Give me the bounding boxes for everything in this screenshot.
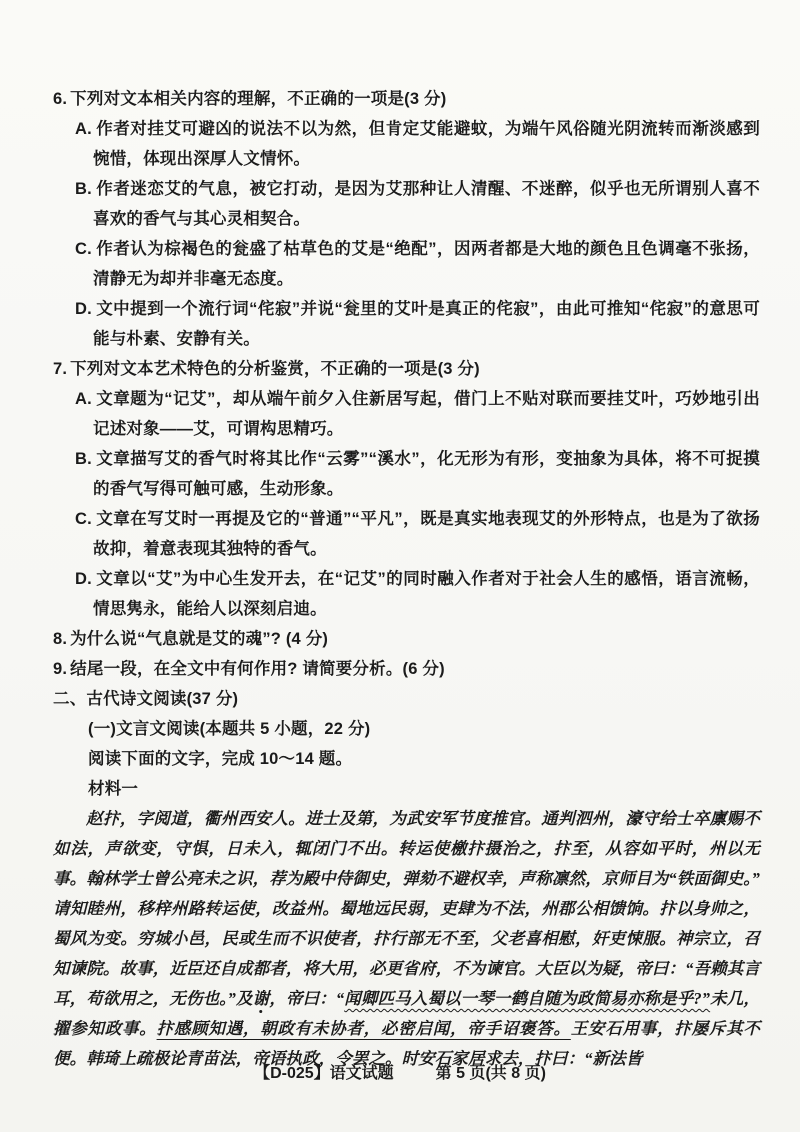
answer-option: A.作者对挂艾可避凶的说法不以为然，但肯定艾能避蚊，为端午风俗随光阴流转而渐淡感… (75, 114, 760, 174)
question-block: 9.结尾一段，在全文中有何作用? 请简要分析。(6 分) (53, 654, 760, 684)
answer-option: C.文章在写艾时一再提及它的“普通”“平凡”，既是真实地表现艾的外形特点，也是为… (75, 504, 760, 564)
exam-paper-page: 6.下列对文本相关内容的理解，不正确的一项是(3 分)A.作者对挂艾可避凶的说法… (0, 0, 800, 1132)
answer-option: B.作者迷恋艾的气息，被它打动，是因为艾那种让人清醒、不迷醉，似乎也无所谓别人喜… (75, 174, 760, 234)
section-heading: 二、古代诗文阅读(37 分) (53, 684, 760, 714)
option-text: 文中提到一个流行词“侘寂”并说“瓮里的艾叶是真正的侘寂”，由此可推知“侘寂”的意… (93, 300, 760, 348)
passage-segment-normal: ，帝曰：“ (269, 989, 344, 1008)
question-number: 9. (53, 660, 67, 678)
option-text: 作者迷恋艾的气息，被它打动，是因为艾那种让人清醒、不迷醉，似乎也无所谓别人喜不喜… (93, 180, 760, 228)
option-text: 作者对挂艾可避凶的说法不以为然，但肯定艾能避蚊，为端午风俗随光阴流转而渐淡感到惋… (93, 120, 760, 168)
option-text: 文章描写艾的香气时将其比作“云雾”“溪水”，化无形为有形，变抽象为具体，将不可捉… (93, 450, 760, 498)
question-block: 8.为什么说“气息就是艾的魂”? (4 分) (53, 624, 760, 654)
option-text: 文章在写艾时一再提及它的“普通”“平凡”，既是真实地表现艾的外形特点，也是为了欲… (93, 510, 760, 558)
answer-option: D.文章以“艾”为中心生发开去，在“记艾”的同时融入作者对于社会人生的感悟，语言… (75, 564, 760, 624)
passage-segment-normal: 赵抃，字阅道，衢州西安人。进士及第，为武安军节度推官。通判泗州，濠守给士卒廪赐不… (53, 809, 760, 1008)
question-stem-line: 9.结尾一段，在全文中有何作用? 请简要分析。(6 分) (53, 654, 760, 684)
passage-segment-wavy: 闻卿匹马入蜀以一琴一鹤自随为政简易亦称是乎?” (344, 989, 710, 1008)
classical-passage: 赵抃，字阅道，衢州西安人。进士及第，为武安军节度推官。通判泗州，濠守给士卒廪赐不… (53, 804, 760, 1074)
option-label: C. (75, 240, 92, 258)
answer-option: B.文章描写艾的香气时将其比作“云雾”“溪水”，化无形为有形，变抽象为具体，将不… (75, 444, 760, 504)
option-label: B. (75, 180, 92, 198)
question-block: 7.下列对文本艺术特色的分析鉴赏，不正确的一项是(3 分)A.文章题为“记艾”，… (53, 354, 760, 624)
option-label: A. (75, 390, 92, 408)
question-stem: 结尾一段，在全文中有何作用? 请简要分析。(6 分) (70, 660, 445, 678)
question-stem: 为什么说“气息就是艾的魂”? (4 分) (70, 630, 328, 648)
passage-segment-dot: 谢 (253, 989, 270, 1008)
question-number: 8. (53, 630, 67, 648)
question-stem-line: 7.下列对文本艺术特色的分析鉴赏，不正确的一项是(3 分) (53, 354, 760, 384)
answer-option: D.文中提到一个流行词“侘寂”并说“瓮里的艾叶是真正的侘寂”，由此可推知“侘寂”… (75, 294, 760, 354)
option-text: 文章题为“记艾”，却从端午前夕入住新居写起，借门上不贴对联而要挂艾叶，巧妙地引出… (93, 390, 760, 438)
answer-option: A.文章题为“记艾”，却从端午前夕入住新居写起，借门上不贴对联而要挂艾叶，巧妙地… (75, 384, 760, 444)
page-number: 第 5 页(共 8 页) (436, 1060, 546, 1083)
option-label: D. (75, 570, 92, 588)
question-stem-line: 6.下列对文本相关内容的理解，不正确的一项是(3 分) (53, 84, 760, 114)
option-text: 文章以“艾”为中心生发开去，在“记艾”的同时融入作者对于社会人生的感悟，语言流畅… (93, 570, 760, 618)
question-stem: 下列对文本相关内容的理解，不正确的一项是(3 分) (70, 90, 446, 108)
material-label: 材料一 (88, 774, 760, 804)
passage-segment-underline: 抃感顾知遇，朝政有未协者，必密启闻，帝手诏褒答。 (157, 1019, 571, 1038)
option-label: B. (75, 450, 92, 468)
question-stem-line: 8.为什么说“气息就是艾的魂”? (4 分) (53, 624, 760, 654)
answer-option: C.作者认为棕褐色的瓮盛了枯草色的艾是“绝配”，因两者都是大地的颜色且色调毫不张… (75, 234, 760, 294)
page-footer: 【D-025】语文试题 第 5 页(共 8 页) (0, 1060, 800, 1083)
question-block: 6.下列对文本相关内容的理解，不正确的一项是(3 分)A.作者对挂艾可避凶的说法… (53, 84, 760, 354)
exam-content: 6.下列对文本相关内容的理解，不正确的一项是(3 分)A.作者对挂艾可避凶的说法… (53, 84, 760, 1074)
option-label: A. (75, 120, 92, 138)
option-text: 作者认为棕褐色的瓮盛了枯草色的艾是“绝配”，因两者都是大地的颜色且色调毫不张扬，… (93, 240, 760, 288)
question-number: 6. (53, 90, 67, 108)
exam-code: 【D-025】语文试题 (254, 1060, 394, 1083)
option-label: D. (75, 300, 92, 318)
option-label: C. (75, 510, 92, 528)
reading-instruction: 阅读下面的文字，完成 10～14 题。 (88, 744, 760, 774)
question-list: 6.下列对文本相关内容的理解，不正确的一项是(3 分)A.作者对挂艾可避凶的说法… (53, 84, 760, 684)
question-stem: 下列对文本艺术特色的分析鉴赏，不正确的一项是(3 分) (70, 360, 480, 378)
question-number: 7. (53, 360, 67, 378)
section-subheading: (一)文言文阅读(本题共 5 小题，22 分) (88, 714, 760, 744)
